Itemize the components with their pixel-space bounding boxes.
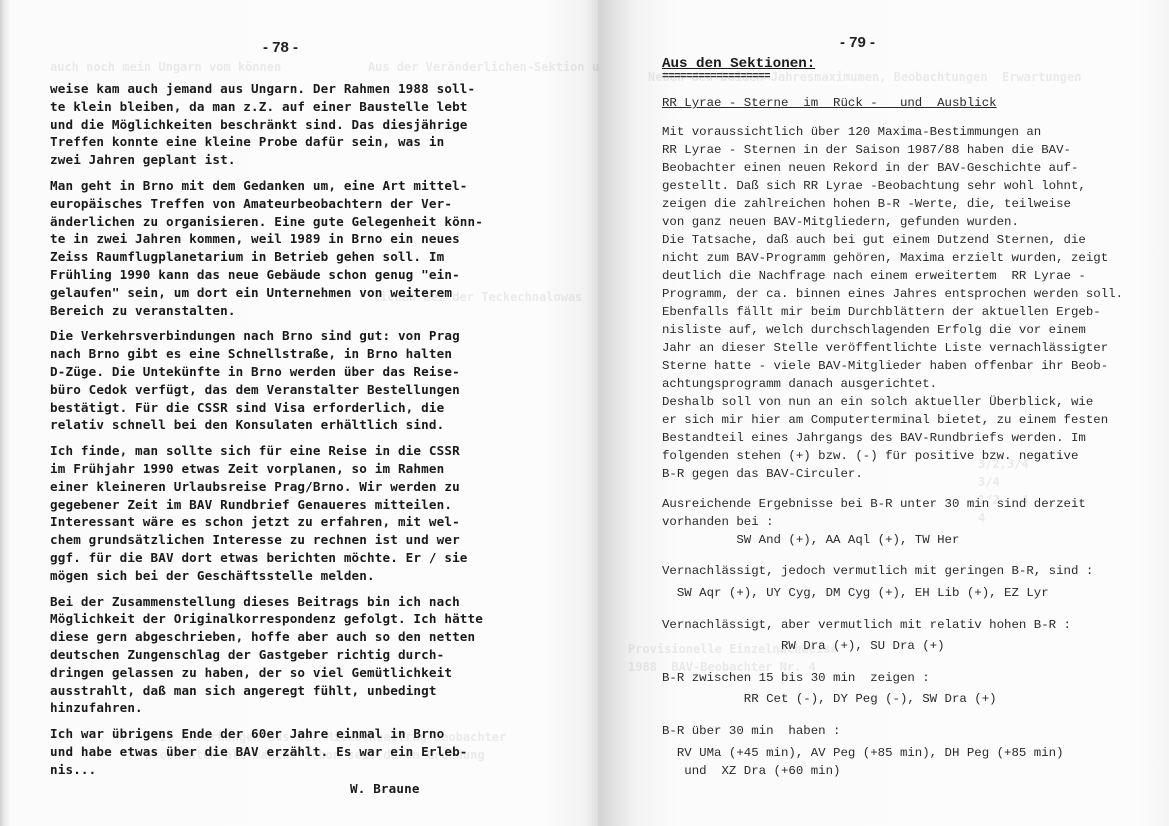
paragraph: Die Verkehrsverbindungen nach Brno sind …	[50, 327, 570, 434]
list-heading: Ausreichende Ergebnisse bei B-R unter 30…	[662, 495, 1132, 531]
list-heading: B-R über 30 min haben :	[662, 722, 1132, 740]
paragraph: Bei der Zusammenstellung dieses Beitrags…	[50, 593, 570, 718]
author-signature: W. Braune	[350, 780, 570, 798]
paragraph: weise kam auch jemand aus Ungarn. Der Ra…	[50, 80, 570, 169]
bleed-through-text: auch noch mein Ungarn vom können Aus der…	[50, 58, 598, 76]
article-body: Mit voraussichtlich über 120 Maxima-Best…	[662, 123, 1132, 483]
star-list: RR Cet (-), DY Peg (-), SW Dra (+)	[662, 690, 1132, 708]
star-list: SW And (+), AA Aql (+), TW Her	[662, 531, 1132, 549]
star-list: RW Dra (+), SU Dra (+)	[662, 637, 1132, 655]
paragraph: Ich finde, man sollte sich für eine Reis…	[50, 442, 570, 584]
paragraph: Ich war übrigens Ende der 60er Jahre ein…	[50, 725, 570, 778]
right-page-body: Aus den Sektionen: ================== RR…	[662, 56, 1132, 780]
paragraph: Man geht in Brno mit dem Gedanken um, ei…	[50, 177, 570, 319]
page-number: - 78 -	[263, 39, 298, 56]
star-list: SW Aqr (+), UY Cyg, DM Cyg (+), EH Lib (…	[662, 584, 1132, 602]
section-title: Aus den Sektionen:	[662, 56, 1132, 72]
book-spread: auch noch mein Ungarn vom können Aus der…	[0, 0, 1169, 826]
list-heading: B-R zwischen 15 bis 30 min zeigen :	[662, 669, 1132, 687]
article-title: RR Lyrae - Sterne im Rück - und Ausblick	[662, 94, 1132, 112]
list-heading: Vernachlässigt, jedoch vermutlich mit ge…	[662, 562, 1132, 580]
list-heading: Vernachlässigt, aber vermutlich mit rela…	[662, 616, 1132, 634]
left-page-body: weise kam auch jemand aus Ungarn. Der Ra…	[50, 80, 570, 798]
star-list: RV UMa (+45 min), AV Peg (+85 min), DH P…	[662, 744, 1132, 780]
section-underline: ==================	[662, 72, 1132, 82]
page-number: - 79 -	[840, 34, 875, 51]
